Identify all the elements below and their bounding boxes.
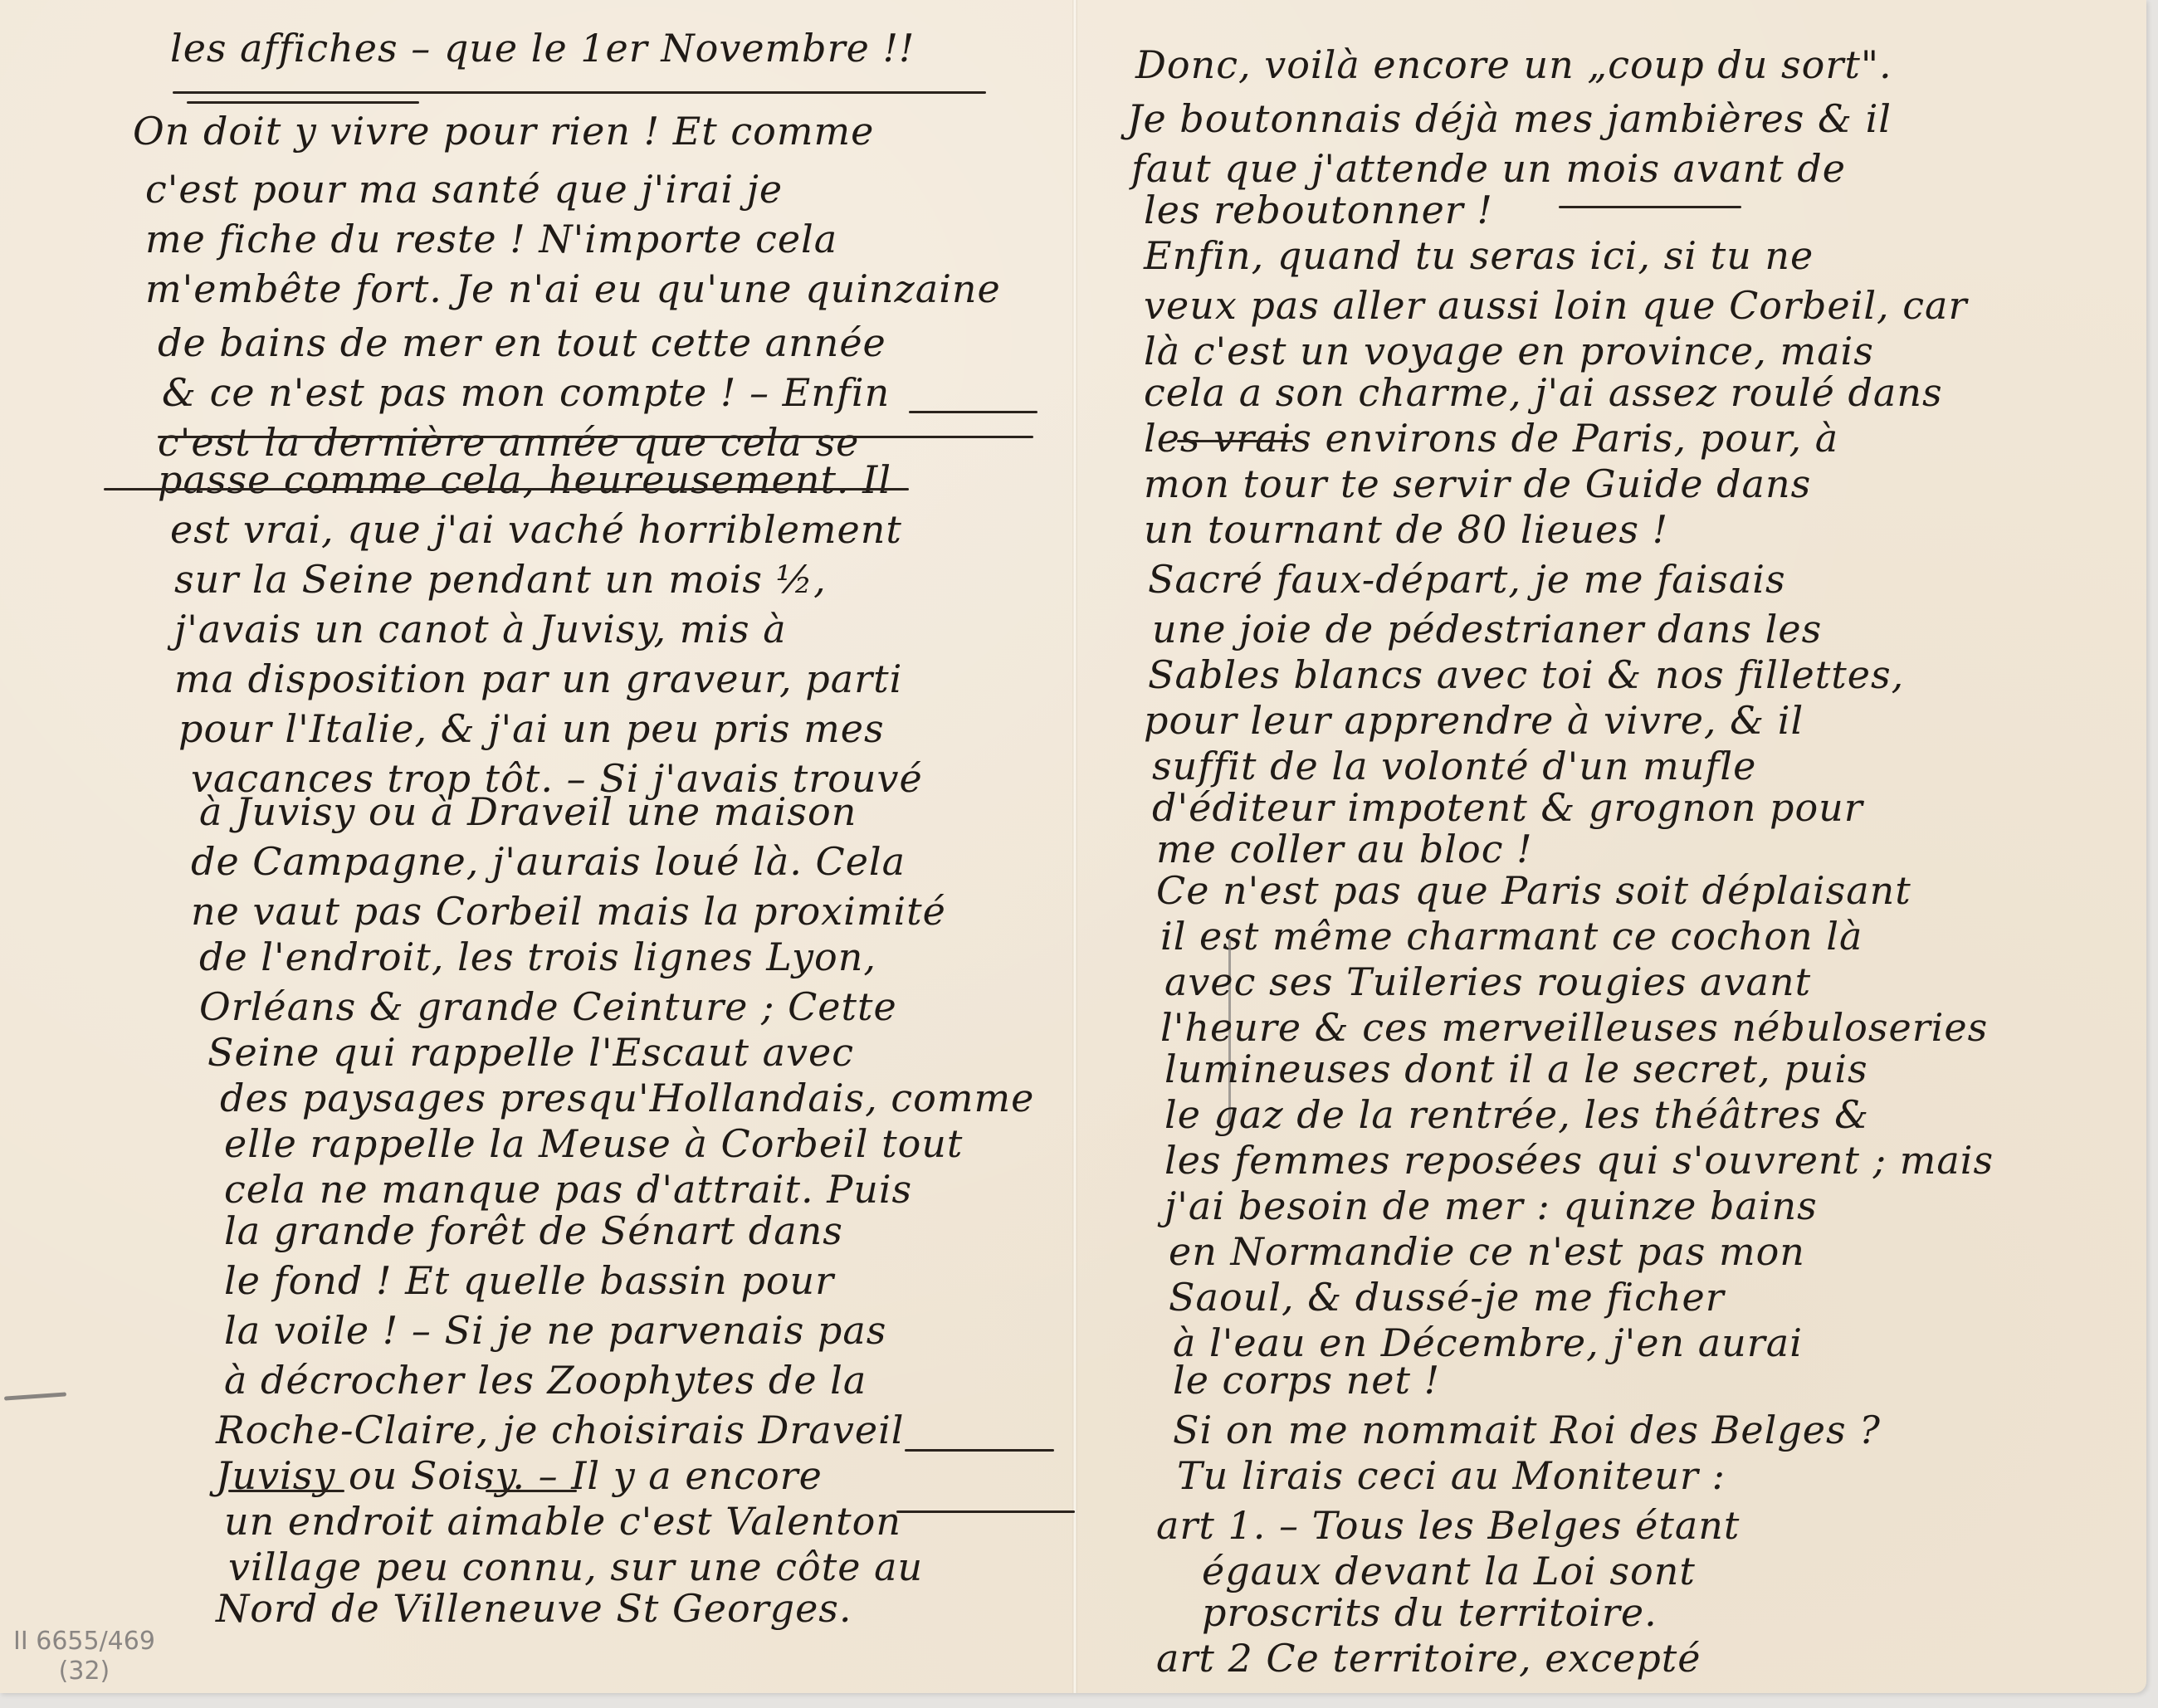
handwritten-line: à Juvisy ou à Draveil une maison [199, 793, 857, 831]
underline [1177, 440, 1293, 442]
handwritten-line: en Normandie ce n'est pas mon [1169, 1232, 1805, 1271]
handwritten-line: de l'endroit, les trois lignes Lyon, [199, 938, 876, 976]
handwritten-line: le fond ! Et quelle bassin pour [224, 1261, 834, 1300]
letter-sheet: les affiches – que le 1er Novembre !! On… [0, 0, 2146, 1693]
handwritten-line: faut que j'attende un mois avant de [1131, 149, 1846, 188]
handwritten-line: c'est pour ma santé que j'irai je [145, 170, 783, 208]
handwritten-line: village peu connu, sur une côte au [228, 1548, 923, 1586]
underline [909, 411, 1037, 413]
handwritten-line: m'embête fort. Je n'ai eu qu'une quinzai… [145, 270, 1001, 308]
handwritten-line: c'est la dernière année que cela se [158, 423, 859, 461]
handwritten-line: elle rappelle la Meuse à Corbeil tout [224, 1125, 963, 1163]
handwritten-line: art 2 Ce territoire, excepté [1156, 1639, 1701, 1677]
handwritten-line: Sacré faux-départ, je me faisais [1148, 560, 1786, 598]
handwritten-line: un tournant de 80 lieues ! [1144, 510, 1668, 549]
handwritten-line: les reboutonner ! [1144, 191, 1493, 229]
handwritten-line: d'éditeur impotent & grognon pour [1152, 788, 1863, 827]
handwritten-line: On doit y vivre pour rien ! Et comme [133, 112, 874, 150]
handwritten-line: à l'eau en Décembre, j'en aurai [1173, 1324, 1803, 1362]
handwritten-line: veux pas aller aussi loin que Corbeil, c… [1144, 286, 1967, 325]
underline [905, 1449, 1054, 1452]
underline [486, 1490, 577, 1492]
handwritten-line: Donc, voilà encore un „coup du sort". [1135, 46, 1892, 84]
handwritten-line: me fiche du reste ! N'importe cela [145, 220, 837, 258]
handwritten-line: me coller au bloc ! [1156, 830, 1533, 868]
handwritten-line: il est même charmant ce cochon là [1160, 917, 1863, 955]
section-rule [1559, 206, 1741, 208]
handwritten-line: est vrai, que j'ai vaché horriblement [170, 510, 902, 549]
handwritten-line: Nord de Villeneuve St Georges. [216, 1589, 852, 1627]
handwritten-line: cela a son charme, j'ai assez roulé dans [1144, 373, 1943, 412]
archive-catalog-stamp: II 6655/469 (32) [13, 1627, 155, 1686]
handwritten-line: Ce n'est pas que Paris soit déplaisant [1156, 871, 1911, 910]
handwritten-line: mon tour te servir de Guide dans [1144, 465, 1811, 503]
handwritten-line: les vrais environs de Paris, pour, à [1144, 419, 1838, 457]
catalog-number: II 6655/469 [13, 1627, 155, 1657]
handwritten-line: à décrocher les Zoophytes de la [224, 1361, 867, 1399]
handwritten-line: Sables blancs avec toi & nos fillettes, [1148, 656, 1904, 694]
handwritten-line: j'avais un canot à Juvisy, mis à [174, 610, 787, 648]
handwritten-line: pour l'Italie, & j'ai un peu pris mes [178, 710, 885, 748]
handwritten-line: pour leur apprendre à vivre, & il [1144, 701, 1804, 739]
handwritten-line: ne vaut pas Corbeil mais la proximité [191, 892, 946, 930]
handwritten-line: art 1. – Tous les Belges étant [1156, 1506, 1740, 1545]
handwritten-line: passe comme cela, heureusement. Il [158, 461, 891, 499]
handwritten-line: des paysages presqu'Hollandais, comme [220, 1079, 1034, 1117]
handwritten-line: le gaz de la rentrée, les théâtres & [1164, 1096, 1869, 1134]
left-page: les affiches – que le 1er Novembre !! On… [0, 0, 1072, 1693]
pencil-smudge [4, 1392, 66, 1400]
handwritten-line: là c'est un voyage en province, mais [1144, 332, 1874, 370]
handwritten-line: suffit de la volonté d'un mufle [1152, 747, 1756, 785]
underline [896, 1510, 1075, 1513]
handwritten-line: Tu lirais ceci au Moniteur : [1177, 1457, 1726, 1495]
catalog-sub-number: (32) [13, 1657, 155, 1686]
handwritten-line: lumineuses dont il a le secret, puis [1164, 1050, 1868, 1088]
handwritten-line: de Campagne, j'aurais loué là. Cela [191, 842, 906, 881]
handwritten-line: cela ne manque pas d'attrait. Puis [224, 1170, 912, 1208]
handwritten-line: l'heure & ces merveilleuses nébuloseries [1160, 1008, 1988, 1047]
handwritten-line: Enfin, quand tu seras ici, si tu ne [1144, 237, 1814, 275]
double-underline [173, 91, 986, 94]
handwritten-line: Si on me nommait Roi des Belges ? [1173, 1411, 1881, 1449]
handwritten-line: une joie de pédestrianer dans les [1152, 610, 1822, 648]
right-page: Donc, voilà encore un „coup du sort". Je… [1077, 0, 2146, 1693]
handwritten-line: les affiches – que le 1er Novembre !! [170, 29, 915, 67]
underline [228, 1490, 344, 1492]
handwritten-line: Saoul, & dussé-je me ficher [1169, 1278, 1725, 1316]
handwritten-line: avec ses Tuileries rougies avant [1164, 963, 1811, 1001]
handwritten-line: & ce n'est pas mon compte ! – Enfin [162, 373, 890, 412]
handwritten-line: ma disposition par un graveur, parti [174, 660, 902, 698]
handwritten-line: de bains de mer en tout cette année [158, 324, 886, 362]
handwritten-line: Orléans & grande Ceinture ; Cette [199, 988, 897, 1026]
handwritten-line: j'ai besoin de mer : quinze bains [1164, 1187, 1818, 1225]
handwritten-line: le corps net ! [1173, 1361, 1440, 1399]
handwritten-line: Je boutonnais déjà mes jambières & il [1127, 100, 1892, 138]
handwritten-line: Roche-Claire, je choisirais Draveil [216, 1411, 905, 1449]
handwritten-line: égaux devant la Loi sont [1202, 1552, 1696, 1590]
handwritten-line: sur la Seine pendant un mois ½, [174, 560, 827, 598]
handwritten-line: la voile ! – Si je ne parvenais pas [224, 1311, 886, 1349]
handwritten-line: proscrits du territoire. [1202, 1593, 1658, 1632]
handwritten-line: la grande forêt de Sénart dans [224, 1212, 843, 1250]
handwritten-line: les femmes reposées qui s'ouvrent ; mais [1164, 1141, 1994, 1179]
underline [104, 488, 909, 490]
double-underline [187, 101, 419, 104]
underline [158, 436, 1033, 438]
handwritten-line: Seine qui rappelle l'Escaut avec [207, 1033, 854, 1071]
handwritten-line: un endroit aimable c'est Valenton [224, 1502, 901, 1540]
